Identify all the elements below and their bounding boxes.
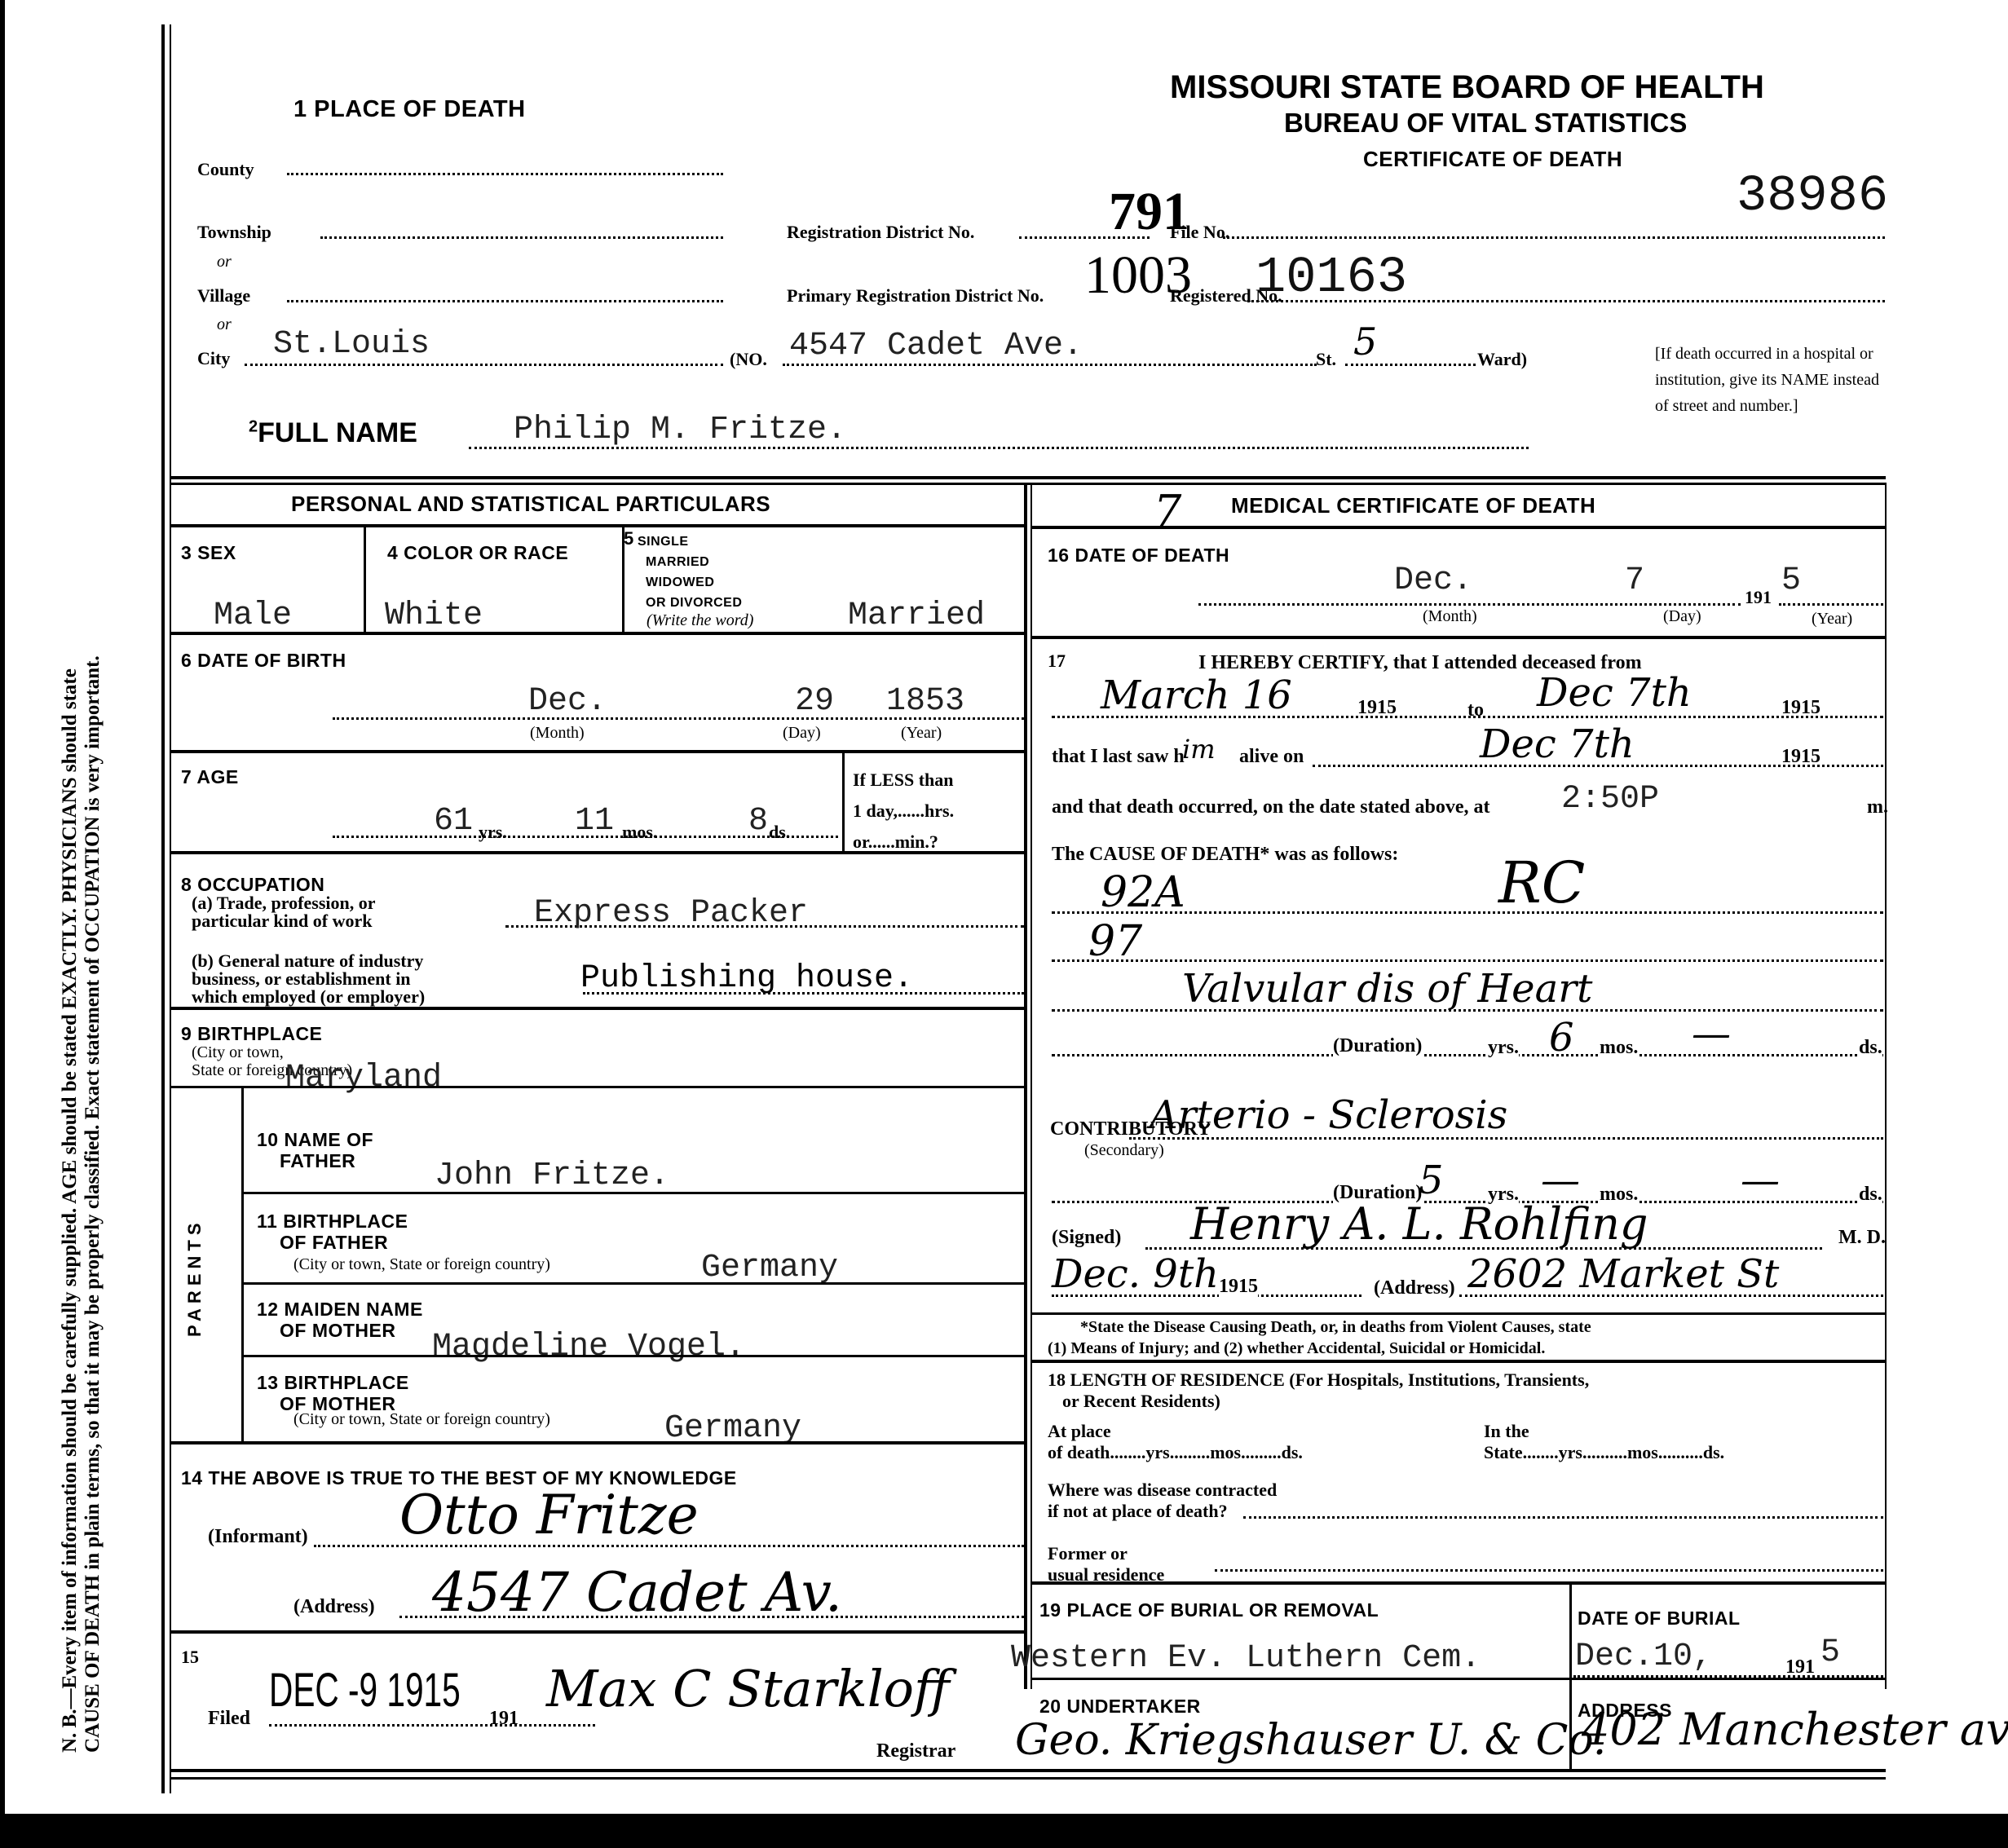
certificate-title: CERTIFICATE OF DEATH [1363,147,1622,172]
birthplace-hint-1: (City or town, [192,1043,352,1061]
duration-1-ds-label: ds. [1859,1037,1882,1059]
village-field[interactable] [287,300,723,302]
race-label: 4 COLOR OR RACE [387,542,568,564]
duration-1-mos-label: mos. [1600,1037,1638,1059]
dob-year-caption: (Year) [901,724,942,743]
rule-row-12 [243,1355,1024,1357]
mother-name-label-2: OF MOTHER [257,1320,423,1341]
father-birthplace-label-1: 11 BIRTHPLACE [257,1211,408,1232]
registrar-label: Registrar [876,1740,955,1762]
burial-year-prefix: 191 [1785,1656,1815,1678]
dod-year-prefix: 191 [1745,587,1772,608]
rule-row-3 [170,632,1024,635]
alive-on-label: alive on [1239,746,1304,768]
age-days: 8 [748,803,768,840]
father-name-label: 10 NAME OF FATHER [257,1129,373,1171]
marital-value: Married [848,598,985,634]
dod-year-suffix: 5 [1781,562,1801,599]
race-value: White [385,598,483,634]
dob-label: 6 DATE OF BIRTH [181,650,346,672]
mother-birthplace-hint: (City or town, State or foreign country) [293,1410,550,1429]
contracted-label-2: if not at place of death? [1048,1501,1277,1522]
attended-to-label: to [1467,699,1484,721]
city-value: St.Louis [273,326,430,363]
occupation-b-label-2: business, or establishment in [192,970,425,988]
marital-hint: (Write the word) [647,611,753,630]
rule-row-18 [1032,1581,1885,1585]
city-label: City [197,348,230,369]
place-of-death-heading: 1 PLACE OF DEATH [293,96,526,123]
township-label: Township [197,222,271,243]
age-months: 11 [575,803,614,840]
dob-year: 1853 [886,683,964,720]
residence-at-place: At place of death........yrs.........mos… [1048,1421,1303,1463]
mother-birthplace-label-1: 13 BIRTHPLACE [257,1372,409,1393]
divider-sex-race [364,526,366,632]
mother-name-label: 12 MAIDEN NAME OF MOTHER [257,1299,423,1341]
undertaker-value: Geo. Kriegshauser U. & Co. [1015,1716,1606,1765]
father-birthplace-label: 11 BIRTHPLACE OF FATHER [257,1211,408,1253]
marital-option-single: SINGLE [638,531,742,552]
age-yrs-label: yrs. [479,822,507,843]
rule-row-14 [170,1630,1024,1634]
bureau-title: BUREAU OF VITAL STATISTICS [1284,108,1687,139]
ward-field[interactable] [1345,364,1476,366]
dob-day-caption: (Day) [783,724,821,743]
duration-1-field[interactable] [1052,1054,1883,1056]
last-saw-label: that I last saw h [1052,746,1185,768]
signed-date: Dec. 9th [1052,1251,1219,1297]
rule-bottom-2 [170,1777,1886,1780]
sex-value: Male [214,598,292,634]
ward-label: Ward) [1477,349,1527,370]
marital-option-married: MARRIED [638,552,742,572]
residence-label-1: 18 LENGTH OF RESIDENCE (For Hospitals, I… [1048,1369,1589,1391]
dod-day: 7 [1625,562,1644,599]
father-birthplace-value: Germany [701,1250,838,1286]
dod-field[interactable] [1198,603,1741,606]
filed-year-prefix: 191 [489,1708,519,1730]
margin-mark: RC [1498,849,1585,916]
last-saw-year: 1915 [1781,746,1820,768]
form-border-left-outer [161,24,165,1793]
parents-label: PARENTS [184,1219,205,1338]
duration-1-label: (Duration) [1333,1035,1422,1057]
dob-month-caption: (Month) [530,724,585,743]
father-name-value: John Fritze. [435,1158,669,1194]
cause-primary: Valvular dis of Heart [1182,966,1592,1012]
full-name-label: 2FULL NAME [249,417,417,449]
contracted-label-1: Where was disease contracted [1048,1480,1277,1501]
county-label: County [197,159,254,180]
physician-address-label: (Address) [1374,1277,1455,1299]
attended-to: Dec 7th [1537,670,1692,716]
signed-label: (Signed) [1052,1227,1121,1249]
registrar-signature: Max C Starkloff [546,1659,950,1718]
attended-from: March 16 [1101,673,1292,718]
informant-address-label: (Address) [293,1596,375,1618]
stamp-number: 38986 [1737,167,1888,225]
death-time-label: and that death occurred, on the date sta… [1052,796,1490,818]
rule-personal-title [170,524,1024,527]
filed-date-field[interactable] [269,1724,595,1727]
father-birthplace-label-2: OF FATHER [257,1232,408,1253]
occupation-b-value: Publishing house. [580,960,913,997]
st-label: St. [1316,349,1336,370]
marital-options: SINGLE MARRIED WIDOWED OR DIVORCED [638,531,742,613]
or-label-1: or [217,253,232,271]
occupation-b-label: (b) General nature of industry business,… [192,952,425,1006]
file-number-field[interactable] [1223,236,1885,239]
marital-item-number: 5 [624,528,634,549]
informant-signature: Otto Fritze [399,1484,699,1546]
age-mos-label: mos. [622,822,657,843]
dod-month: Dec. [1394,562,1472,599]
dod-month-caption: (Month) [1423,607,1477,626]
age-ds-label: ds. [769,822,790,843]
residence-in-state: In the State........yrs..........mos....… [1484,1421,1724,1463]
rule-bottom-1 [170,1769,1886,1772]
duration-2-years: 5 [1419,1158,1444,1203]
burial-date-value: Dec.10, [1575,1639,1712,1675]
secondary-label: (Secondary) [1084,1141,1164,1160]
ward-value: 5 [1353,320,1377,364]
scan-edge-bottom [0,1814,2008,1848]
duration-1-months: 6 [1549,1015,1574,1061]
full-name-item-number: 2 [249,418,258,436]
burial-place-label: 19 PLACE OF BURIAL OR REMOVAL [1039,1599,1379,1621]
scan-edge-left [0,0,5,1848]
signed-year: 1915 [1219,1276,1258,1298]
form-border-left-inner [170,24,171,1793]
occupation-a-label-1: (a) Trade, profession, or [192,894,376,912]
marital-option-widowed: WIDOWED [638,572,742,593]
duration-2-months: — [1541,1158,1580,1203]
attended-from-year: 1915 [1357,697,1397,719]
or-label-2: or [217,315,232,334]
attended-to-year: 1915 [1781,697,1820,719]
column-divider-2 [1030,483,1032,1689]
cause-code-1: 92A [1101,868,1185,917]
dob-month: Dec. [528,683,607,720]
marital-option-divorced: OR DIVORCED [638,593,742,613]
birthplace-label: 9 BIRTHPLACE [181,1023,322,1045]
rule-row-9 [170,1086,1024,1088]
undertaker-address-value: 402 Manchester av. [1582,1704,2008,1755]
md-label: M. D. [1838,1227,1886,1249]
township-field[interactable] [320,236,723,239]
dod-label: 16 DATE OF DEATH [1048,545,1229,567]
less-than-line-2: 1 day,......hrs. [853,796,954,827]
cause-line-2[interactable] [1052,959,1883,962]
county-field[interactable] [287,173,723,175]
full-name-label-text: FULL NAME [258,417,417,448]
duration-2-ds-label: ds. [1859,1184,1882,1206]
father-birthplace-hint: (City or town, State or foreign country) [293,1255,550,1274]
dod-year-caption: (Year) [1812,610,1852,628]
dob-day: 29 [795,683,834,720]
medical-section-mark: 7 [1154,486,1181,537]
registered-number-value: 10163 [1256,249,1407,307]
registration-district-label: Registration District No. [787,222,974,243]
residence-label: 18 LENGTH OF RESIDENCE (For Hospitals, I… [1048,1369,1589,1412]
rule-row-17 [1032,1360,1885,1363]
side-note-line-1: N. B.—Every item of information should b… [59,668,82,1753]
mother-name-label-1: 12 MAIDEN NAME [257,1299,423,1320]
informant-address-value: 4547 Cadet Av. [432,1561,842,1624]
filing-item-number: 15 [181,1647,199,1668]
full-name-value: Philip M. Fritze. [514,412,846,448]
mother-name-value: Magdeline Vogel. [432,1329,745,1365]
rule-row-7 [170,851,1024,854]
cause-line-1[interactable] [1052,911,1883,914]
duration-1-days: — [1692,1011,1731,1056]
form-border-right [1885,483,1887,1689]
last-saw-pronoun: im [1182,734,1216,765]
mother-birthplace-label: 13 BIRTHPLACE OF MOTHER [257,1372,409,1414]
cause-footnote-2: (1) Means of Injury; and (2) whether Acc… [1048,1339,1545,1358]
rule-row-8 [170,1007,1024,1010]
last-saw-date: Dec 7th [1480,721,1635,767]
burial-date-label: DATE OF BURIAL [1578,1608,1741,1630]
cause-footnote-1: *State the Disease Causing Death, or, in… [1080,1318,1591,1337]
age-label: 7 AGE [181,766,239,788]
file-number-label: File No. [1170,222,1229,243]
death-time-meridiem: m. [1867,796,1888,818]
age-years: 61 [434,803,473,840]
village-label: Village [197,285,250,307]
physician-address: 2602 Market St [1467,1251,1779,1297]
former-label-1: Former or [1048,1543,1164,1564]
duration-2-days: — [1741,1158,1780,1203]
primary-district-label: Primary Registration District No. [787,285,1044,307]
at-place-label-2: of death........yrs.........mos.........… [1048,1442,1303,1463]
rule-row-10 [243,1192,1024,1194]
rule-row-13 [170,1441,1024,1444]
rule-row-16 [1032,636,1885,639]
column-divider-1 [1024,483,1027,1689]
personal-section-title: PERSONAL AND STATISTICAL PARTICULARS [291,492,770,517]
filed-stamp: DEC -9 1915 [269,1663,461,1718]
less-than-day-box: If LESS than 1 day,......hrs. or......mi… [853,765,954,858]
former-residence-field[interactable] [1215,1569,1883,1572]
contributory-cause: Arterio - Sclerosis [1150,1092,1507,1138]
rule-cause-footnote [1032,1312,1885,1315]
disease-contracted-field[interactable] [1243,1516,1883,1519]
death-time-value: 2:50P [1561,781,1659,818]
undertaker-label: 20 UNDERTAKER [1039,1696,1201,1718]
dod-year-field[interactable] [1779,603,1883,606]
street-number-label: (NO. [730,349,767,370]
in-state-label-1: In the [1484,1421,1724,1442]
agency-title: MISSOURI STATE BOARD OF HEALTH [1170,69,1764,106]
rule-top-2 [170,483,1886,485]
informant-label: (Informant) [208,1526,308,1548]
cause-line-3[interactable] [1052,1009,1883,1012]
in-state-label-2: State........yrs..........mos..........d… [1484,1442,1724,1463]
medical-section-title: MEDICAL CERTIFICATE OF DEATH [1231,493,1595,518]
city-field[interactable] [245,364,723,366]
occupation-a-value: Express Packer [534,895,808,932]
rule-medical-title [1032,526,1885,529]
divider-age-less-than [842,750,845,852]
rule-burial-place [1032,1678,1885,1680]
parents-divider [241,1087,244,1442]
sex-label: 3 SEX [181,542,236,564]
father-name-label-1: 10 NAME OF [257,1129,373,1150]
hospital-note: [If death occurred in a hospital or inst… [1655,341,1887,419]
occupation-b-label-1: (b) General nature of industry [192,952,425,970]
physician-signature: Henry A. L. Rohlfing [1190,1198,1648,1250]
occupation-b-label-3: which employed (or employer) [192,988,425,1006]
former-residence-label: Former or usual residence [1048,1543,1164,1586]
certify-item-number: 17 [1048,651,1066,672]
father-name-label-2: FATHER [257,1150,373,1171]
cause-of-death-label: The CAUSE OF DEATH* was as follows: [1052,844,1398,866]
residence-label-2: or Recent Residents) [1048,1391,1589,1412]
street-value: 4547 Cadet Ave. [789,328,1083,364]
rule-top-1 [170,476,1886,479]
rule-row-11 [243,1282,1024,1285]
dod-day-caption: (Day) [1663,607,1701,626]
birthplace-value: Maryland [285,1060,442,1096]
rule-row-6 [170,750,1024,753]
side-note-line-2: CAUSE OF DEATH in plain terms, so that i… [82,655,104,1753]
duration-1-yrs-label: yrs. [1488,1037,1519,1059]
occupation-a-label: (a) Trade, profession, or particular kin… [192,894,376,930]
cause-code-2: 97 [1088,917,1142,966]
burial-place-value: Western Ev. Luthern Cem. [1011,1640,1481,1677]
at-place-label-1: At place [1048,1421,1303,1442]
occupation-a-label-2: particular kind of work [192,912,376,930]
filed-label: Filed [208,1708,250,1730]
burial-year-suffix: 5 [1820,1634,1840,1671]
less-than-line-1: If LESS than [853,765,954,796]
